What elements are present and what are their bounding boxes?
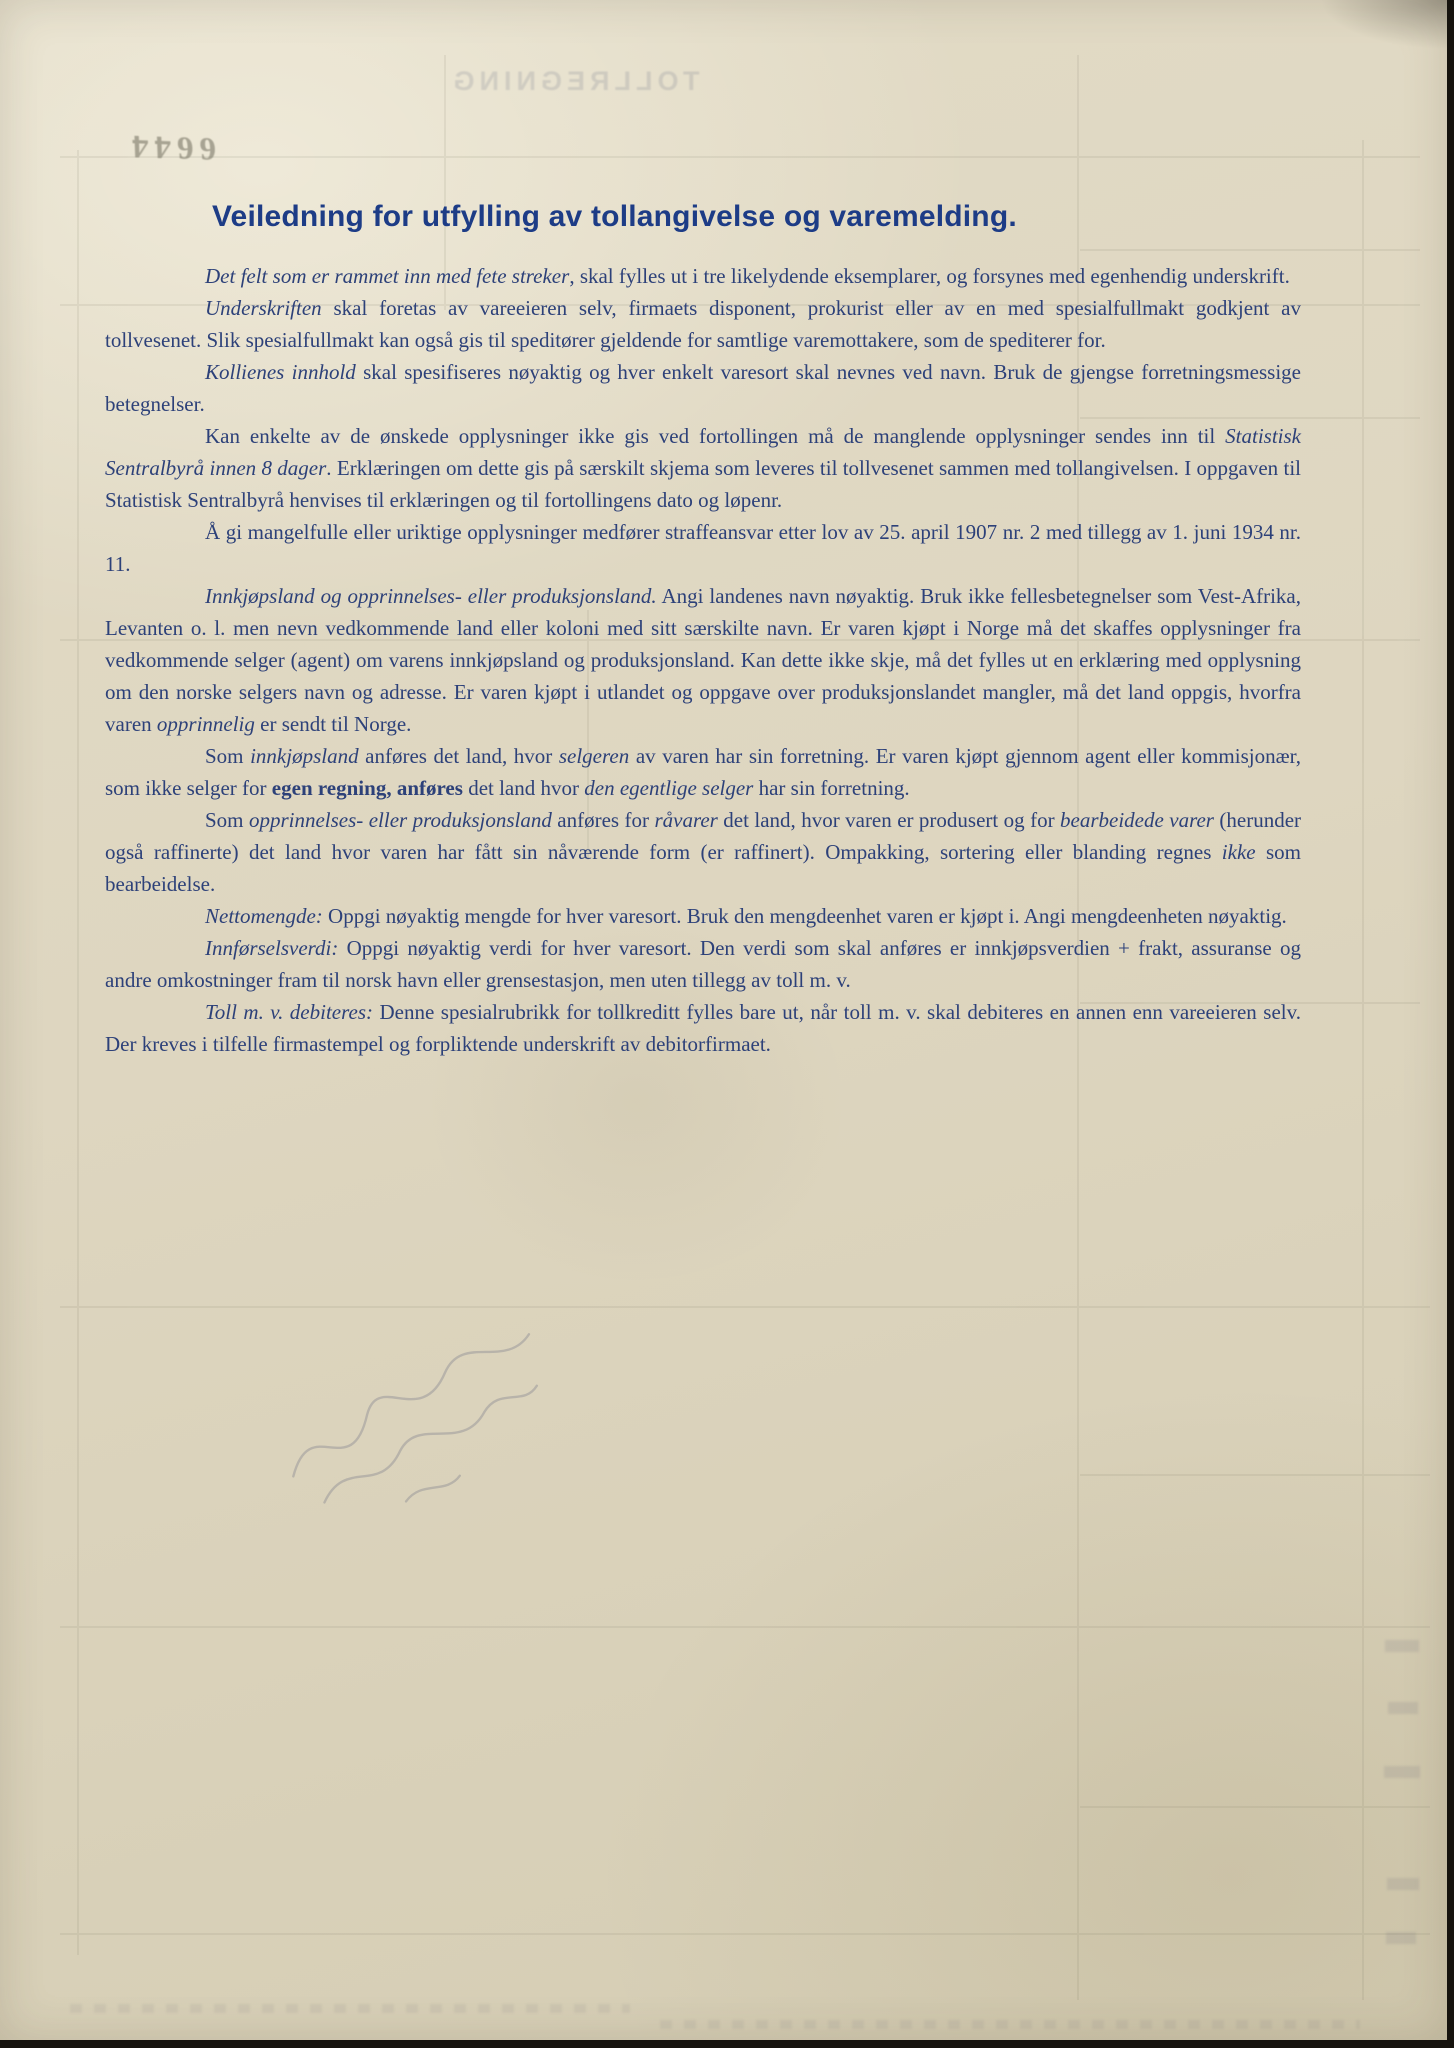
bottom-bleedthrough-smudge (660, 2020, 1360, 2029)
stamp-number: 6644 (125, 126, 216, 166)
paragraph: Kollienes innhold skal spesifiseres nøya… (105, 356, 1301, 420)
paragraph: Kan enkelte av de ønskede opplysninger i… (105, 420, 1301, 516)
paragraph: Som opprinnelses- eller produksjonsland … (105, 804, 1301, 900)
paragraph: Å gi mangelfulle eller uriktige opplysni… (105, 516, 1301, 580)
paragraph: Som innkjøpsland anføres det land, hvor … (105, 740, 1301, 804)
paragraph: Underskriften skal foretas av vareeieren… (105, 292, 1301, 356)
bottom-bleedthrough-smudge (70, 2004, 630, 2013)
paragraph: Innkjøpsland og opprinnelses- eller prod… (105, 580, 1301, 740)
instruction-text: Det felt som er rammet inn med fete stre… (105, 260, 1301, 1060)
scanned-document: { "document": { "title": "Veiledning for… (0, 0, 1454, 2048)
paper-sheet: TOLLREGNING 6644 Veiledning for utfyllin… (0, 0, 1447, 2040)
bleedthrough-mark (1387, 1878, 1419, 1890)
paragraph: Toll m. v. debiteres: Denne spesialrubri… (105, 996, 1301, 1060)
bleedthrough-mark (1384, 1766, 1420, 1778)
bleedthrough-mark (1386, 1932, 1416, 1944)
bleedthrough-header-text: TOLLREGNING (404, 66, 744, 97)
bleedthrough-mark (1388, 1702, 1418, 1714)
paragraph: Det felt som er rammet inn med fete stre… (105, 260, 1301, 292)
bleedthrough-mark (1385, 1640, 1419, 1652)
page-title: Veiledning for utfylling av tollangivels… (212, 200, 1017, 234)
paragraph: Innførselsverdi: Oppgi nøyaktig verdi fo… (105, 932, 1301, 996)
paragraph: Nettomengde: Oppgi nøyaktig mengde for h… (105, 900, 1301, 932)
